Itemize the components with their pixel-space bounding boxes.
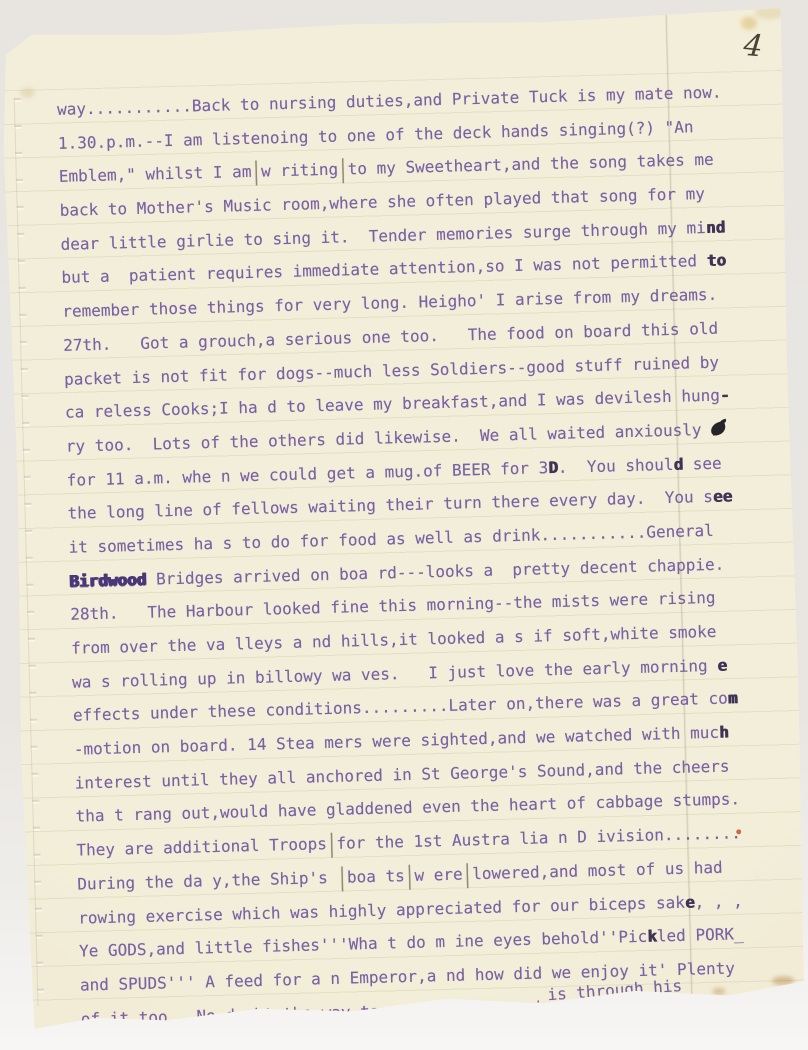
typed-segment: e	[717, 655, 727, 674]
stain	[545, 1004, 556, 1010]
typed-segment: . You shoul	[558, 454, 674, 476]
typed-segment: led PORK_	[657, 924, 744, 945]
typed-segment: for 11 a.m. whe n we could get a mug.of …	[67, 458, 549, 490]
typed-segment: i	[533, 997, 543, 1016]
typed-segment: w riting	[261, 160, 339, 181]
typed-segment: ee	[713, 487, 733, 506]
typed-segment: see	[683, 453, 722, 473]
stain	[65, 1027, 77, 1034]
typed-segment: |	[326, 818, 337, 870]
stain	[445, 1013, 462, 1021]
stain	[755, 6, 785, 20]
typed-segment: |	[337, 143, 348, 195]
page-number: 4	[742, 28, 764, 65]
typed-segment: to	[706, 251, 726, 270]
stain	[253, 1022, 268, 1029]
typed-segment: g	[524, 997, 534, 1016]
typed-segment: to my Sweetheart,and the song takes me	[347, 150, 713, 179]
typed-segment: nd	[706, 217, 726, 236]
typed-segment: During the da y,the Ship's	[77, 868, 338, 894]
typed-segment: w ere	[414, 864, 463, 884]
document-scan: 4 way...........Back to nursing duties,a…	[0, 0, 808, 1050]
typed-segment: |	[251, 146, 262, 198]
typed-segment: of it too. No doubt the way to a man's h…	[81, 998, 524, 1029]
typed-segment: |	[404, 849, 415, 901]
typed-segment: lowered,and most of us had	[472, 858, 723, 884]
typed-segment: |	[337, 851, 348, 903]
typed-segment: h	[719, 723, 729, 742]
typed-segment: m	[728, 689, 738, 708]
stain	[175, 1028, 184, 1034]
perforated-edge	[14, 98, 45, 1006]
typed-segment: for the 1st Austra lia n D ivision......…	[336, 823, 741, 853]
typed-segment: , , ,	[694, 891, 743, 911]
typed-segment: Birdwood	[69, 569, 147, 590]
stain	[624, 996, 644, 1005]
typed-segment: They are additional Troops	[76, 834, 327, 860]
stain	[21, 87, 35, 97]
typed-segment: e	[685, 892, 695, 911]
paper-sheet: 4 way...........Back to nursing duties,a…	[0, 8, 807, 1036]
typed-text: way...........Back to nursing duties,and…	[57, 75, 781, 1036]
stain	[355, 1017, 364, 1023]
typed-segment: d	[673, 454, 683, 473]
typed-segment: -	[720, 386, 730, 405]
typed-segment: boa ts	[347, 866, 405, 887]
typed-segment: Emblem," whilst I am	[59, 162, 252, 186]
typed-segment: |	[462, 848, 473, 900]
ink-blot-icon	[710, 420, 727, 437]
typed-segment: k	[647, 927, 657, 946]
